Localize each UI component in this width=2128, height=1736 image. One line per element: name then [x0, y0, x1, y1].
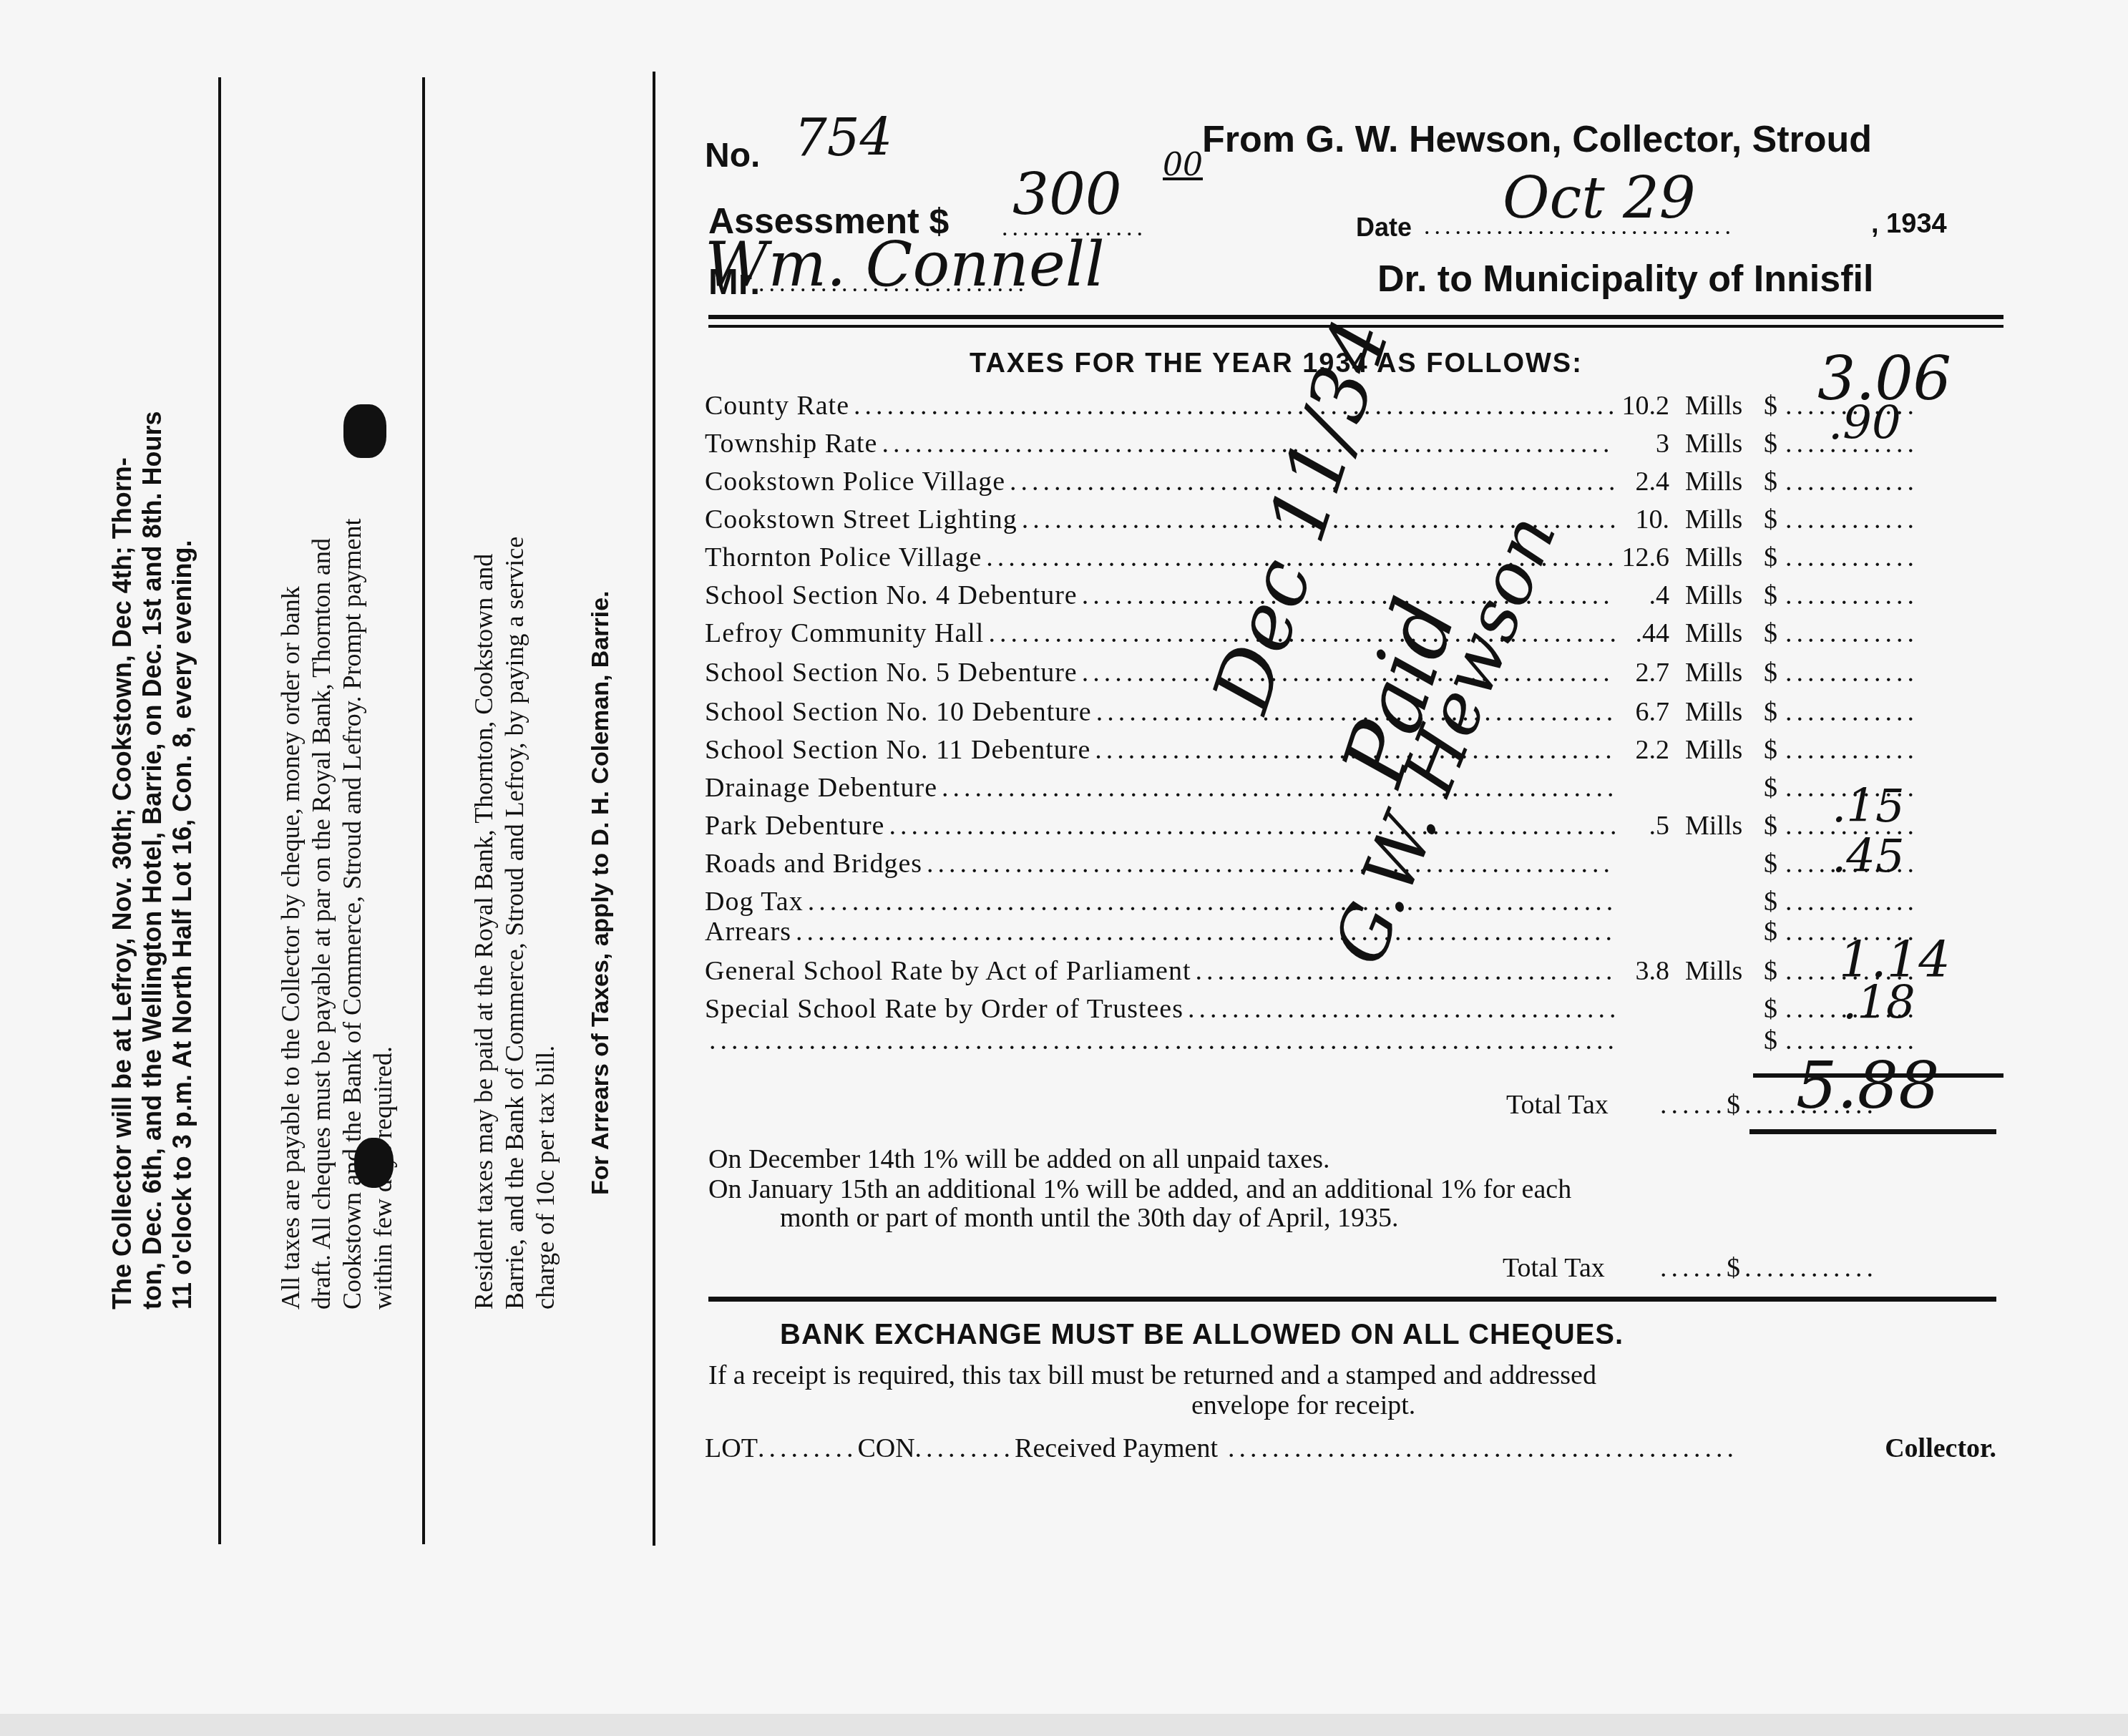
tax-rate: 2.4 — [1619, 466, 1669, 497]
schedule-line: The Collector will be at Lefroy, Nov. 30… — [107, 411, 137, 1310]
tax-unit: Mills — [1669, 466, 1764, 497]
date-value: Oct 29 — [1503, 165, 1696, 231]
receipt-line-2: envelope for receipt. — [1191, 1390, 1415, 1421]
tax-label: Thornton Police Village — [705, 542, 982, 573]
receipt-line-1: If a receipt is required, this tax bill … — [708, 1360, 1596, 1391]
tax-unit: Mills — [1669, 580, 1764, 611]
tax-label: Cookstown Police Village — [705, 466, 1005, 497]
total-bottom-rule — [1749, 1129, 1996, 1134]
dollar-sign: $ — [1764, 772, 1785, 804]
amount-park-debenture: .15 — [1832, 780, 1905, 833]
received-payment-label: Received Payment — [1015, 1433, 1218, 1464]
dollar-sign: $ — [1764, 886, 1785, 917]
tax-unit: Mills — [1669, 618, 1764, 649]
tax-row: General School Rate by Act of Parliament… — [705, 955, 2000, 991]
tax-row: Drainage Debenture......................… — [705, 772, 2000, 808]
tax-rate: 10.2 — [1619, 390, 1669, 421]
tax-rate: 10. — [1619, 504, 1669, 535]
collector-schedule-panel: The Collector will be at Lefroy, Nov. 30… — [107, 411, 197, 1310]
tax-rate: .44 — [1619, 618, 1669, 649]
taxes-title: TAXES FOR THE YEAR 1934 AS FOLLOWS: — [970, 348, 1583, 379]
dollar-sign: $ — [1764, 848, 1785, 879]
tax-rate: .5 — [1619, 810, 1669, 842]
tax-row: Park Debenture..........................… — [705, 810, 2000, 846]
dollar-sign: $ — [1764, 504, 1785, 535]
dollar-sign: $ — [1764, 810, 1785, 842]
divider-rule-1 — [218, 77, 221, 1544]
total-tax-value: 5.88 — [1796, 1048, 1939, 1123]
tax-label: Drainage Debenture — [705, 772, 937, 804]
tax-unit: Mills — [1669, 696, 1764, 728]
total-tax-2-dots: ......$............ — [1660, 1252, 1878, 1284]
tax-rate: 3.8 — [1619, 955, 1669, 987]
tax-label: Roads and Bridges — [705, 848, 922, 879]
amount-roads-bridges: .45 — [1832, 830, 1905, 883]
ink-blot — [343, 404, 386, 458]
total-tax-2-label: Total Tax — [1503, 1252, 1605, 1284]
header-double-rule — [708, 315, 2003, 319]
tax-label: Arrears — [705, 916, 791, 947]
schedule-line: ton, Dec. 6th, and the Wellington Hotel,… — [137, 411, 167, 1310]
tax-label: Dog Tax — [705, 886, 804, 917]
dollar-sign: $ — [1764, 696, 1785, 728]
tax-label: Cookstown Street Lighting — [705, 504, 1017, 535]
tax-label: School Section No. 10 Debenture — [705, 696, 1092, 728]
amount-special-school: .18 — [1843, 977, 1915, 1030]
tax-unit: Mills — [1669, 428, 1764, 459]
dollar-sign: $ — [1764, 1025, 1785, 1056]
tax-rate: .4 — [1619, 580, 1669, 611]
dollar-sign: $ — [1764, 390, 1785, 421]
dollar-sign: $ — [1764, 657, 1785, 688]
terms-line: draft. All cheques must be payable at pa… — [306, 519, 337, 1310]
tax-rate: 2.7 — [1619, 657, 1669, 688]
terms-line: Cookstown and the Bank of Commerce, Stro… — [337, 519, 368, 1310]
tax-label: Township Rate — [705, 428, 877, 459]
receipt-signature-line: LOT......... CON......... Received Payme… — [705, 1433, 1996, 1464]
date-label: Date — [1356, 213, 1412, 243]
bill-number-value: 754 — [794, 107, 892, 167]
terms-line: within few days required. — [368, 519, 399, 1310]
payment-terms-panel: All taxes are payable to the Collector b… — [275, 519, 399, 1310]
tax-rate: 6.7 — [1619, 696, 1669, 728]
tax-label: School Section No. 4 Debenture — [705, 580, 1078, 611]
tax-row: Lefroy Community Hall...................… — [705, 618, 2000, 653]
tax-unit: Mills — [1669, 955, 1764, 987]
resident-line: Barrie, and the Bank of Commerce, Stroud… — [499, 537, 530, 1310]
tax-rate: 3 — [1619, 428, 1669, 459]
tax-row: School Section No. 4 Debenture..........… — [705, 580, 2000, 615]
con-label: CON — [857, 1433, 914, 1464]
tax-unit: Mills — [1669, 504, 1764, 535]
dollar-sign: $ — [1764, 618, 1785, 649]
dollar-sign: $ — [1764, 542, 1785, 573]
tax-label: General School Rate by Act of Parliament — [705, 955, 1191, 987]
resident-taxes-panel: Resident taxes may be paid at the Royal … — [469, 537, 561, 1310]
terms-line: All taxes are payable to the Collector b… — [275, 519, 306, 1310]
dollar-sign: $ — [1764, 993, 1785, 1025]
divider-rule-3 — [653, 72, 655, 1546]
arrears-note: For Arrears of Taxes, apply to D. H. Col… — [587, 590, 615, 1195]
divider-rule-2 — [422, 77, 425, 1544]
tax-label: School Section No. 5 Debenture — [705, 657, 1078, 688]
scan-bottom-edge — [0, 1714, 2128, 1736]
tax-unit: Mills — [1669, 810, 1764, 842]
bill-number-label: No. — [705, 136, 760, 175]
schedule-line: 11 o'clock to 3 p.m. At North Half Lot 1… — [167, 411, 197, 1310]
total-tax-label: Total Tax — [1506, 1089, 1609, 1121]
dollar-sign: $ — [1764, 734, 1785, 766]
dollar-sign: $ — [1764, 955, 1785, 987]
resident-line: charge of 10c per tax bill. — [530, 537, 561, 1310]
taxpayer-dots: .......................... — [758, 270, 1028, 298]
tax-label: Park Debenture — [705, 810, 884, 842]
penalty-line-1: On December 14th 1% will be added on all… — [708, 1143, 1329, 1175]
amount-township-rate: .90 — [1828, 397, 1901, 450]
date-year: , 1934 — [1871, 209, 1947, 240]
tax-unit: Mills — [1669, 542, 1764, 573]
collector-from-line: From G. W. Hewson, Collector, Stroud — [1202, 118, 1872, 161]
municipality-line: Dr. to Municipality of Innisfil — [1377, 258, 1873, 301]
tax-unit: Mills — [1669, 734, 1764, 766]
tax-label: County Rate — [705, 390, 849, 421]
tax-label: Special School Rate by Order of Trustees — [705, 993, 1183, 1025]
dollar-sign: $ — [1764, 580, 1785, 611]
tax-row: Thornton Police Village.................… — [705, 542, 2000, 577]
resident-line: Resident taxes may be paid at the Royal … — [469, 537, 499, 1310]
assessment-cents: 00 — [1163, 147, 1203, 183]
bank-exchange-notice: BANK EXCHANGE MUST BE ALLOWED ON ALL CHE… — [780, 1319, 1624, 1351]
dollar-sign: $ — [1764, 428, 1785, 459]
ink-blot — [354, 1138, 394, 1188]
tax-row: Cookstown Street Lighting...............… — [705, 504, 2000, 540]
tax-label: School Section No. 11 Debenture — [705, 734, 1090, 766]
lot-label: LOT — [705, 1433, 758, 1464]
dollar-sign: $ — [1764, 466, 1785, 497]
tax-row: Special School Rate by Order of Trustees… — [705, 993, 2000, 1029]
dollar-sign: $ — [1764, 916, 1785, 947]
tax-label: Lefroy Community Hall — [705, 618, 984, 649]
tax-rate: 2.2 — [1619, 734, 1669, 766]
tax-rate: 12.6 — [1619, 542, 1669, 573]
penalty-line-2: On January 15th an additional 1% will be… — [708, 1174, 1571, 1205]
footer-rule — [708, 1297, 1996, 1302]
penalty-line-3: month or part of month until the 30th da… — [780, 1202, 1398, 1234]
tax-unit: Mills — [1669, 657, 1764, 688]
collector-label: Collector. — [1885, 1433, 1996, 1464]
tax-unit: Mills — [1669, 390, 1764, 421]
